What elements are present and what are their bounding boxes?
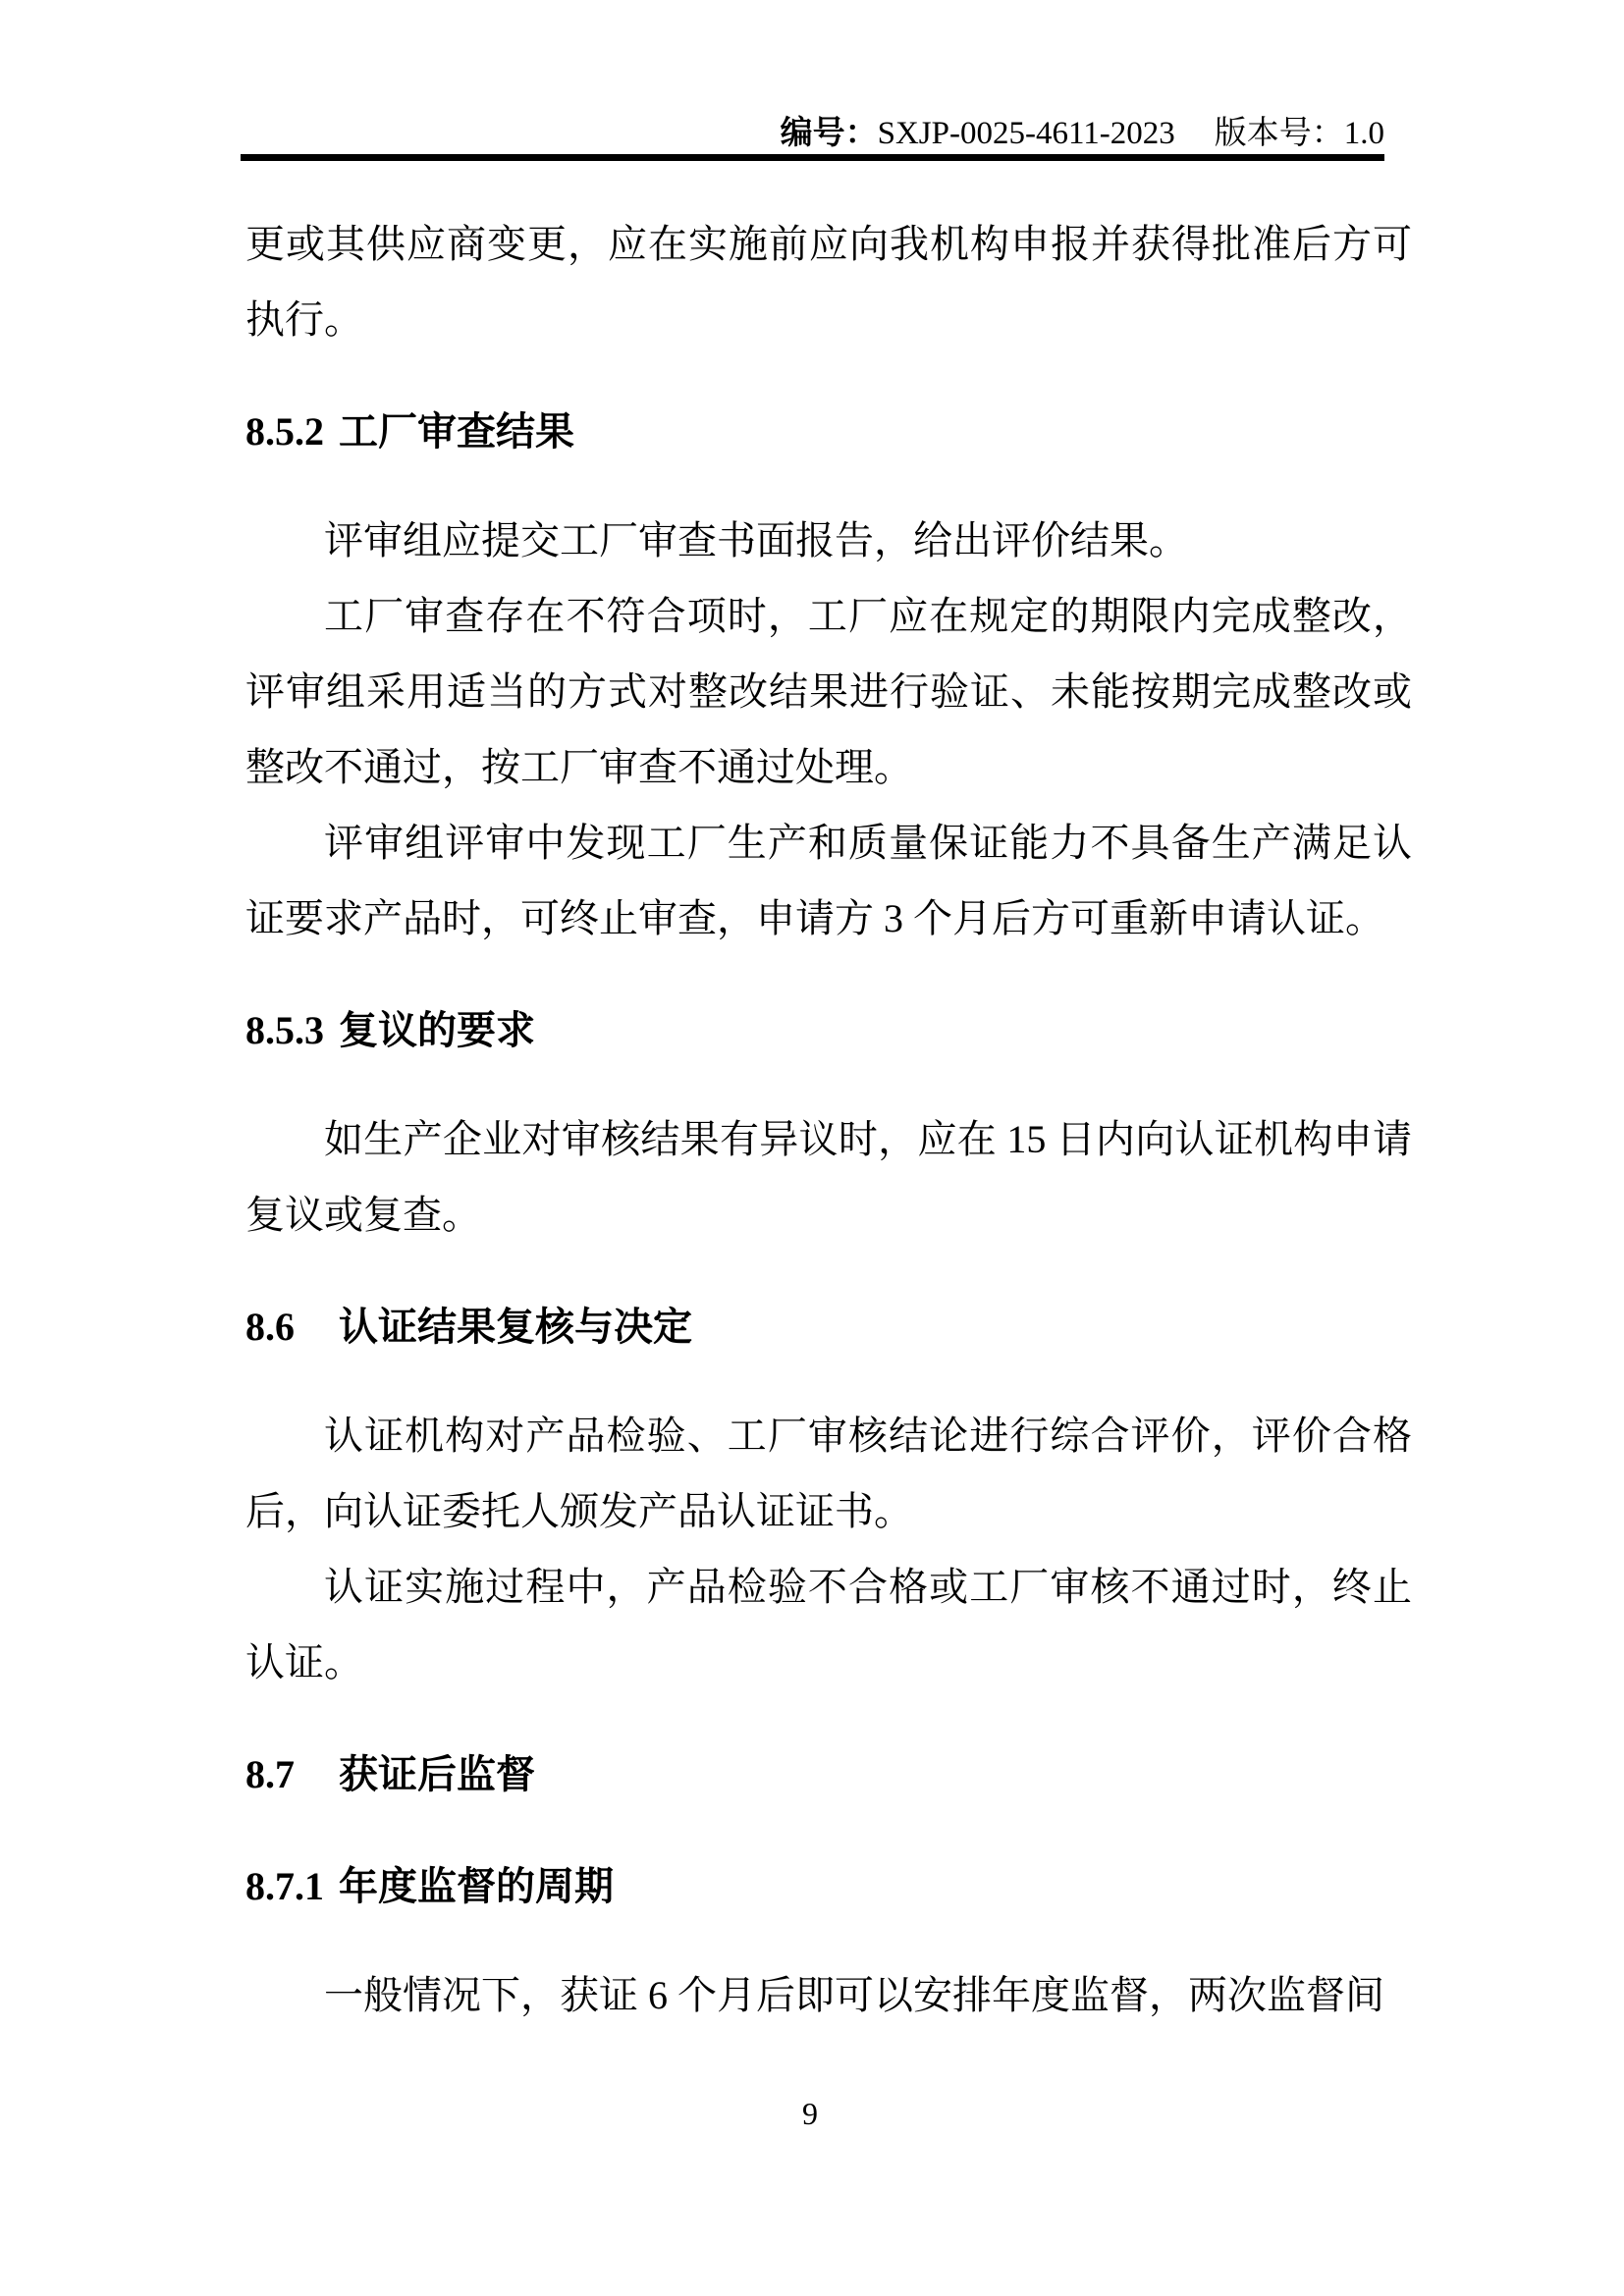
version-value: 1.0 [1344,116,1384,151]
paragraph-853-1: 如生产企业对审核结果有异议时，应在 15 日内向认证机构申请复议或复查。 [245,1101,1412,1253]
heading-8-6-number: 8.6 [245,1305,295,1349]
paragraph-852-1: 评审组应提交工厂审查书面报告，给出评价结果。 [245,503,1412,578]
heading-8-7-number: 8.7 [245,1752,295,1796]
doc-number-value: SXJP-0025-4611-2023 [878,116,1175,151]
paragraph-86-1: 认证机构对产品检验、工厂审核结论进行综合评价，评价合格后，向认证委托人颁发产品认… [245,1398,1412,1549]
heading-8-6-title: 认证结果复核与决定 [339,1305,692,1349]
heading-8-5-2-number: 8.5.2 [245,409,324,454]
document-page: 编号：SXJP-0025-4611-2023版本号：1.0 更或其供应商变更，应… [0,0,1624,2296]
paragraph-871-1: 一般情况下，获证 6 个月后即可以安排年度监督，两次监督间 [245,1957,1412,2033]
page-footer: 9 [245,2094,1375,2133]
version-label: 版本号： [1215,116,1344,151]
heading-8-5-3-title: 复议的要求 [339,1008,535,1052]
heading-8-7: 8.7获证后监督 [245,1736,1412,1812]
document-header: 编号：SXJP-0025-4611-2023版本号：1.0 [245,113,1384,154]
paragraph-852-2: 工厂审查存在不符合项时，工厂应在规定的期限内完成整改，评审组采用适当的方式对整改… [245,578,1412,805]
header-rule [241,154,1384,161]
doc-number-label: 编号： [781,116,878,151]
paragraph-86-2: 认证实施过程中，产品检验不合格或工厂审核不通过时，终止认证。 [245,1549,1412,1700]
heading-8-6: 8.6认证结果复核与决定 [245,1289,1412,1364]
paragraph-852-3: 评审组评审中发现工厂生产和质量保证能力不具备生产满足认证要求产品时，可终止审查，… [245,805,1412,956]
heading-8-7-1-number: 8.7.1 [245,1864,324,1908]
heading-8-7-1: 8.7.1年度监督的周期 [245,1848,1412,1924]
heading-8-7-1-title: 年度监督的周期 [339,1864,614,1908]
heading-8-5-2-title: 工厂审查结果 [339,409,574,454]
heading-8-7-title: 获证后监督 [339,1752,535,1796]
paragraph-continuation: 更或其供应商变更，应在实施前应向我机构申报并获得批准后方可执行。 [245,206,1412,357]
document-content: 更或其供应商变更，应在实施前应向我机构申报并获得批准后方可执行。 8.5.2工厂… [245,206,1412,2033]
heading-8-5-2: 8.5.2工厂审查结果 [245,394,1412,469]
heading-8-5-3-number: 8.5.3 [245,1008,324,1052]
heading-8-5-3: 8.5.3复议的要求 [245,992,1412,1068]
page-number: 9 [802,2096,818,2131]
